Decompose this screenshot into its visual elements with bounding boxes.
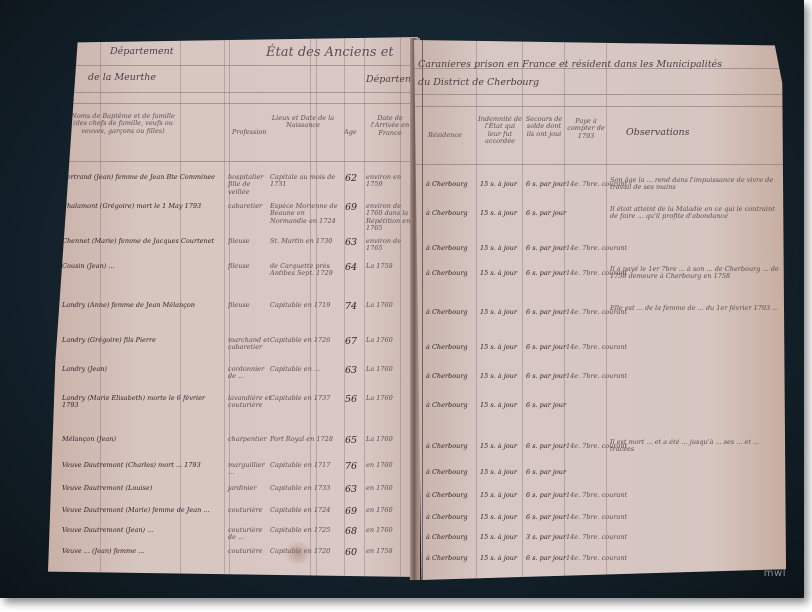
entry-arrival: en 1760 (366, 462, 414, 469)
entry-age: 68 (345, 527, 357, 538)
entry-profession: fileuse (228, 302, 272, 309)
entry-arrival: en 1760 (366, 485, 414, 492)
entry-pay: 14e. 7bre. courant (566, 514, 627, 521)
entry-indemnity: 15 s. à jour (480, 181, 517, 188)
department-label: Département (110, 47, 174, 58)
entry-residence: à Cherbourg (426, 555, 468, 562)
entry-observation: Il a payé le 1er 7bre ... à son ... de C… (610, 266, 780, 281)
entry-observation: Il est mort ... et a été ... jusqu'à ...… (610, 439, 780, 454)
entry-profession: cabaretier (228, 203, 272, 210)
entry-pay: 14e. 7bre. courant (566, 492, 627, 499)
entry-profession: couturière de ... (228, 527, 272, 542)
entry-arrival: La 1758 (366, 263, 414, 270)
entry-indemnity: 15 s. à jour (480, 270, 517, 277)
entry-birth: Espèce Morienne de Beaune en Normandie e… (270, 203, 342, 225)
entry-birth: Capitable en 1719 (270, 302, 342, 309)
entry-daily-allowance: 6 s. par jour (526, 514, 566, 521)
entry-arrival: La 1760 (366, 337, 414, 344)
column-header-age: Age (344, 129, 357, 136)
entry-birth: Capitable en 1726 (270, 337, 342, 344)
entry-profession: marguillier ... (228, 462, 272, 477)
entry-observation: Son âge la ... rend dans l'impuissance d… (610, 177, 780, 192)
entry-birth: Capitable en 1724 (270, 507, 342, 514)
entry-age: 67 (345, 337, 357, 348)
entry-residence: à Cherbourg (426, 344, 468, 351)
entry-age: 64 (345, 263, 357, 274)
entry-indemnity: 15 s. à jour (480, 443, 517, 450)
entry-indemnity: 15 s. à jour (480, 309, 517, 316)
entry-indemnity: 15 s. à jour (480, 245, 517, 252)
entry-indemnity: 15 s. à jour (480, 210, 517, 217)
entry-indemnity: 15 s. à jour (480, 344, 517, 351)
column-header-birth: Lieux et Date de la Naissance (270, 115, 336, 130)
entry-daily-allowance: 6 s. par jour (526, 555, 566, 562)
entry-profession: fileuse (228, 263, 272, 270)
entry-residence: à Cherbourg (426, 270, 468, 277)
entry-daily-allowance: 6 s. par jour (526, 210, 566, 217)
entry-arrival: en 1760 (366, 507, 414, 514)
entry-indemnity: 15 s. à jour (480, 555, 517, 562)
entry-birth: Capitable en 1725 (270, 527, 342, 534)
entry-name: Veuve Dautremont (Louise) (62, 485, 222, 492)
ledger-left-page: Département de la Meurthe État des Ancie… (48, 37, 418, 577)
entry-birth: Capitable en 1737 (270, 395, 342, 402)
ledger-subtitle-right: du District de Cherbourg (418, 78, 539, 89)
entry-pay: 14e. 7bre. courant (566, 534, 627, 541)
entry-name: Veuve ... (Jean) femme ... (62, 548, 222, 555)
entry-indemnity: 15 s. à jour (480, 534, 517, 541)
column-header-profession: Profession (232, 129, 267, 136)
entry-name: Landry (Grégoire) fils Pierre (62, 337, 222, 344)
column-header-arrival: Date de l'Arrivée en France (366, 115, 414, 137)
entry-pay: 14e. 7bre. courant (566, 555, 627, 562)
column-header-pay: Paye à compter de 1793 (566, 118, 606, 140)
entry-arrival: en 1758 (366, 548, 414, 555)
column-header-residence: Résidence (428, 132, 462, 139)
entry-daily-allowance: 6 s. par jour (526, 443, 566, 450)
entry-daily-allowance: 6 s. par jour (526, 270, 566, 277)
entry-name: Veuve Dautremont (Charles) mort ... 1793 (62, 462, 222, 469)
entry-pay: 14e. 7bre. courant (566, 245, 627, 252)
entry-arrival: en 1760 (366, 527, 414, 534)
entry-daily-allowance: 6 s. par jour (526, 469, 566, 476)
entry-name: Chennet (Marie) femme de Jacques Courten… (62, 238, 222, 245)
entry-age: 63 (345, 238, 357, 249)
entry-daily-allowance: 6 s. par jour (526, 373, 566, 380)
entry-profession: couturière (228, 548, 272, 555)
entry-residence: à Cherbourg (426, 309, 468, 316)
entry-daily-allowance: 6 s. par jour (526, 181, 566, 188)
entry-name: Bertrand (Jean) femme de Jean Bte Commin… (62, 174, 222, 181)
entry-age: 63 (345, 485, 357, 496)
entry-name: Mélançon (Jean) (62, 436, 222, 443)
entry-residence: à Cherbourg (426, 514, 468, 521)
entry-residence: à Cherbourg (426, 492, 468, 499)
entry-age: 74 (345, 302, 357, 313)
entry-name: Chalamont (Grégoire) mort le 1 May 1793 (62, 203, 222, 210)
entry-residence: à Cherbourg (426, 181, 468, 188)
entry-indemnity: 15 s. à jour (480, 373, 517, 380)
entry-profession: jardinier (228, 485, 272, 492)
entry-residence: à Cherbourg (426, 210, 468, 217)
entry-residence: à Cherbourg (426, 443, 468, 450)
entry-daily-allowance: 6 s. par jour (526, 245, 566, 252)
entry-name: Landry (Jean) (62, 366, 222, 373)
entry-residence: à Cherbourg (426, 402, 468, 409)
entry-age: 62 (345, 174, 357, 185)
entry-residence: à Cherbourg (426, 245, 468, 252)
column-header-names: Noms de Baptême et de famille (des chefs… (68, 113, 178, 135)
entry-indemnity: 15 s. à jour (480, 469, 517, 476)
entry-name: Landry (Marie Elisabeth) morte le 6 févr… (62, 395, 222, 410)
entry-name: Veuve Dautremont (Marie) femme de Jean .… (62, 507, 222, 514)
ledger-right-page: Caranieres prison en France et résident … (414, 40, 786, 580)
entry-observation: Elle est ... de la femme de ... du 1er f… (610, 305, 780, 312)
entry-profession: hospitalier fille de veillée (228, 174, 272, 196)
entry-name: Landry (Anne) femme de Jean Mélançon (62, 302, 222, 309)
column-header-daily: Secours de solde dont ils ont joui (524, 116, 564, 138)
photo-background: Département de la Meurthe État des Ancie… (0, 0, 804, 598)
entry-age: 63 (345, 366, 357, 377)
column-header-observations: Observations (626, 128, 690, 139)
entry-daily-allowance: 6 s. par jour (526, 402, 566, 409)
entry-arrival: La 1760 (366, 302, 414, 309)
entry-birth: Capitable en 1733 (270, 485, 342, 492)
entry-profession: lavandière et couturière (228, 395, 272, 410)
entry-residence: à Cherbourg (426, 534, 468, 541)
entry-profession: cordonnier de ... (228, 366, 272, 381)
entry-residence: à Cherbourg (426, 373, 468, 380)
entry-indemnity: 15 s. à jour (480, 492, 517, 499)
entry-pay: 14e. 7bre. courant (566, 373, 627, 380)
entry-daily-allowance: 6 s. par jour (526, 492, 566, 499)
column-header-indemnity: Indemnité de l'État qui leur fut accordé… (478, 116, 522, 146)
ledger-title: État des Anciens et (266, 46, 394, 61)
entry-observation: Il étoit atteint de la Maladie en ce qui… (610, 206, 780, 221)
entry-pay: 14e. 7bre. courant (566, 344, 627, 351)
entry-arrival: environ en 1759 (366, 174, 414, 189)
entry-indemnity: 15 s. à jour (480, 402, 517, 409)
entry-arrival: La 1760 (366, 395, 414, 402)
entry-arrival: environ de 1765 (366, 238, 414, 253)
entry-profession: marchand et cabaretier (228, 337, 272, 352)
ledger-title-continued: Caranieres prison en France et résident … (418, 60, 722, 71)
entry-arrival: La 1760 (366, 436, 414, 443)
entry-age: 56 (345, 395, 357, 406)
entry-indemnity: 15 s. à jour (480, 514, 517, 521)
entry-name: Cousin (Jean) ... (62, 263, 222, 270)
entry-arrival: La 1760 (366, 366, 414, 373)
entry-daily-allowance: 6 s. par jour (526, 344, 566, 351)
entry-profession: fileuse (228, 238, 272, 245)
entry-name: Veuve Dautremont (Jean) ... (62, 527, 222, 534)
entry-residence: à Cherbourg (426, 469, 468, 476)
entry-birth: Port Royal en 1728 (270, 436, 342, 443)
entry-age: 69 (345, 507, 357, 518)
entry-birth: Capitale au mois de 1731 (270, 174, 342, 189)
entry-arrival: environ de 1760 dans la Répétition en 17… (366, 203, 414, 233)
entry-age: 60 (345, 548, 357, 559)
department-name: de la Meurthe (88, 73, 156, 84)
entry-birth: de Carquette près Antibes Sept. 1729 (270, 263, 342, 278)
entry-profession: couturière (228, 507, 272, 514)
watermark: mwl (764, 568, 786, 579)
entry-daily-allowance: 3 s. par jour (526, 534, 566, 541)
entry-age: 65 (345, 436, 357, 447)
entry-birth: Capitable en ... (270, 366, 342, 373)
entry-profession: charpentier (228, 436, 272, 443)
entry-birth: St. Martin en 1730 (270, 238, 342, 245)
entry-daily-allowance: 6 s. par jour (526, 309, 566, 316)
entry-birth: Capitable en 1717 (270, 462, 342, 469)
entry-age: 76 (345, 462, 357, 473)
entry-age: 69 (345, 203, 357, 214)
